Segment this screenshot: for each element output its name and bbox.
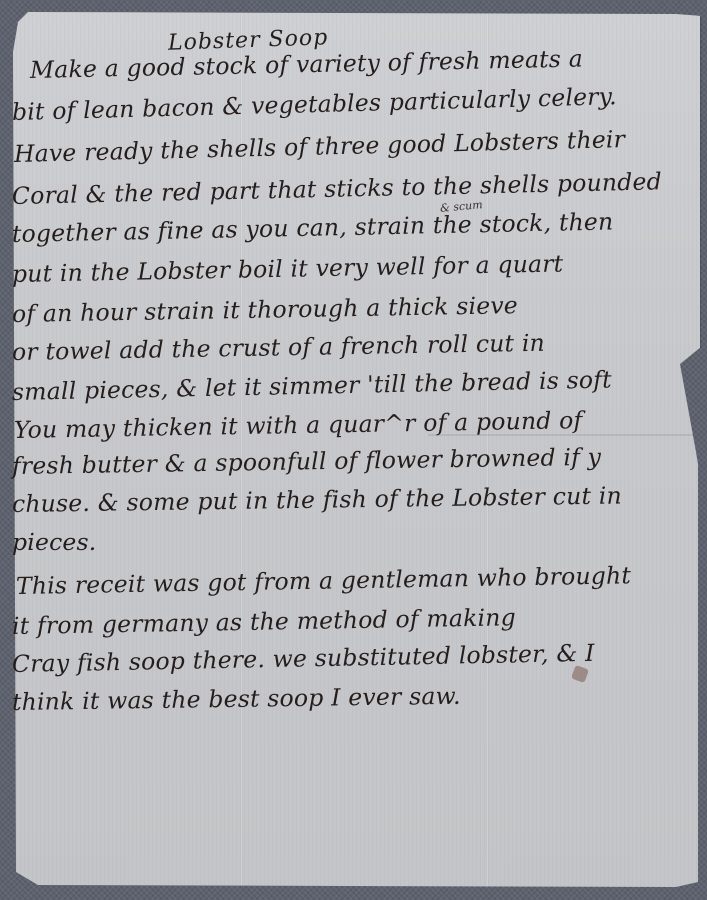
text-line: Make a good stock of variety of fresh me…	[30, 44, 583, 84]
text-line: You may thicken it with a quar^r of a po…	[14, 406, 583, 444]
text-line: pieces.	[12, 528, 96, 556]
text-line: or towel add the crust of a french roll …	[12, 329, 545, 366]
text-line: Coral & the red part that sticks to the …	[12, 167, 662, 210]
text-line: small pieces, & let it simmer 'till the …	[12, 365, 612, 406]
manuscript-text: Lobster Soop Make a good stock of variet…	[0, 0, 707, 900]
text-line: chuse. & some put in the fish of the Lob…	[12, 481, 622, 518]
text-line: Cray fish soop there. we substituted lob…	[12, 639, 595, 678]
text-line: put in the Lobster boil it very well for…	[12, 249, 564, 288]
text-line: of an hour strain it thorough a thick si…	[12, 291, 518, 328]
text-line: bit of lean bacon & vegetables particula…	[12, 82, 617, 126]
text-line: Have ready the shells of three good Lobs…	[14, 125, 626, 168]
text-line: fresh butter & a spoonfull of flower bro…	[12, 443, 602, 480]
text-line: it from germany as the method of making	[12, 603, 516, 640]
text-line: think it was the best soop I ever saw.	[12, 682, 461, 716]
text-line: This receit was got from a gentleman who…	[16, 561, 631, 600]
text-line: together as fine as you can, strain the …	[12, 207, 614, 248]
